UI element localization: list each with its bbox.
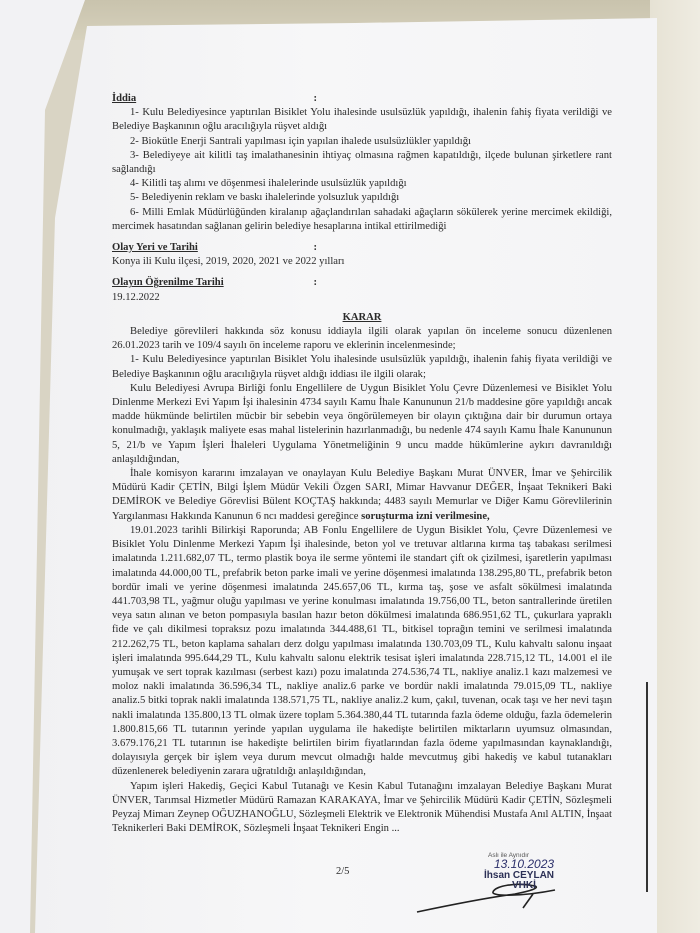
ogrenilme-colon: : <box>313 276 317 290</box>
iddia-item: 3- Belediyeye ait kilitli taş imalathane… <box>112 149 612 177</box>
page-number: 2/5 <box>336 866 349 877</box>
olay-yeri-section: Olay Yeri ve Tarihi : Konya ili Kulu ilç… <box>112 241 612 269</box>
karar-section: KARAR Belediye görevlileri hakkında söz … <box>112 311 612 837</box>
ogrenilme-heading-text: Olayın Öğrenilme Tarihi <box>112 277 224 288</box>
karar-title: KARAR <box>343 312 382 323</box>
iddia-colon: : <box>313 92 317 106</box>
document-body: İddia : 1- Kulu Belediyesince yaptırılan… <box>112 92 612 836</box>
iddia-item: 4- Kilitli taş alımı ve döşenmesi ihalel… <box>112 177 612 191</box>
olay-yeri-value: Konya ili Kulu ilçesi, 2019, 2020, 2021 … <box>112 255 612 269</box>
margin-line <box>646 682 648 892</box>
karar-paragraph: 1- Kulu Belediyesince yaptırılan Bisikle… <box>112 353 612 381</box>
background-right <box>650 0 700 933</box>
ogrenilme-value: 19.12.2022 <box>112 291 612 305</box>
certification-stamp: Aslı ile Aynıdır 13.10.2023 İhsan CEYLAN… <box>480 852 620 912</box>
iddia-heading: İddia : <box>112 92 317 106</box>
karar-paragraph: Belediye görevlileri hakkında söz konusu… <box>112 325 612 353</box>
karar-paragraph: Kulu Belediyesi Avrupa Birliği fonlu Eng… <box>112 382 612 467</box>
iddia-item: 5- Belediyenin reklam ve baskı ihaleleri… <box>112 191 612 205</box>
ogrenilme-section: Olayın Öğrenilme Tarihi : 19.12.2022 <box>112 276 612 304</box>
olay-yeri-heading: Olay Yeri ve Tarihi : <box>112 241 317 255</box>
karar-paragraph: Yapım işleri Hakediş, Geçici Kabul Tutan… <box>112 780 612 837</box>
stamp-title: VHKİ <box>512 880 536 891</box>
iddia-item: 6- Milli Emlak Müdürlüğünden kiralanıp a… <box>112 206 612 234</box>
iddia-section: İddia : 1- Kulu Belediyesince yaptırılan… <box>112 92 612 234</box>
olay-yeri-heading-text: Olay Yeri ve Tarihi <box>112 242 198 253</box>
karar-paragraph: İhale komisyon kararını imzalayan ve ona… <box>112 467 612 524</box>
karar-paragraph: 19.01.2023 tarihli Bilirkişi Raporunda; … <box>112 524 612 780</box>
iddia-item: 1- Kulu Belediyesince yaptırılan Bisikle… <box>112 106 612 134</box>
stamp-date: 13.10.2023 <box>494 857 554 871</box>
iddia-item: 2- Biokütle Enerji Santrali yapılması iç… <box>112 135 612 149</box>
karar-decision-bold: soruşturma izni verilmesine, <box>361 511 490 522</box>
olay-yeri-colon: : <box>313 241 317 255</box>
iddia-heading-text: İddia <box>112 93 136 104</box>
ogrenilme-heading: Olayın Öğrenilme Tarihi : <box>112 276 317 290</box>
